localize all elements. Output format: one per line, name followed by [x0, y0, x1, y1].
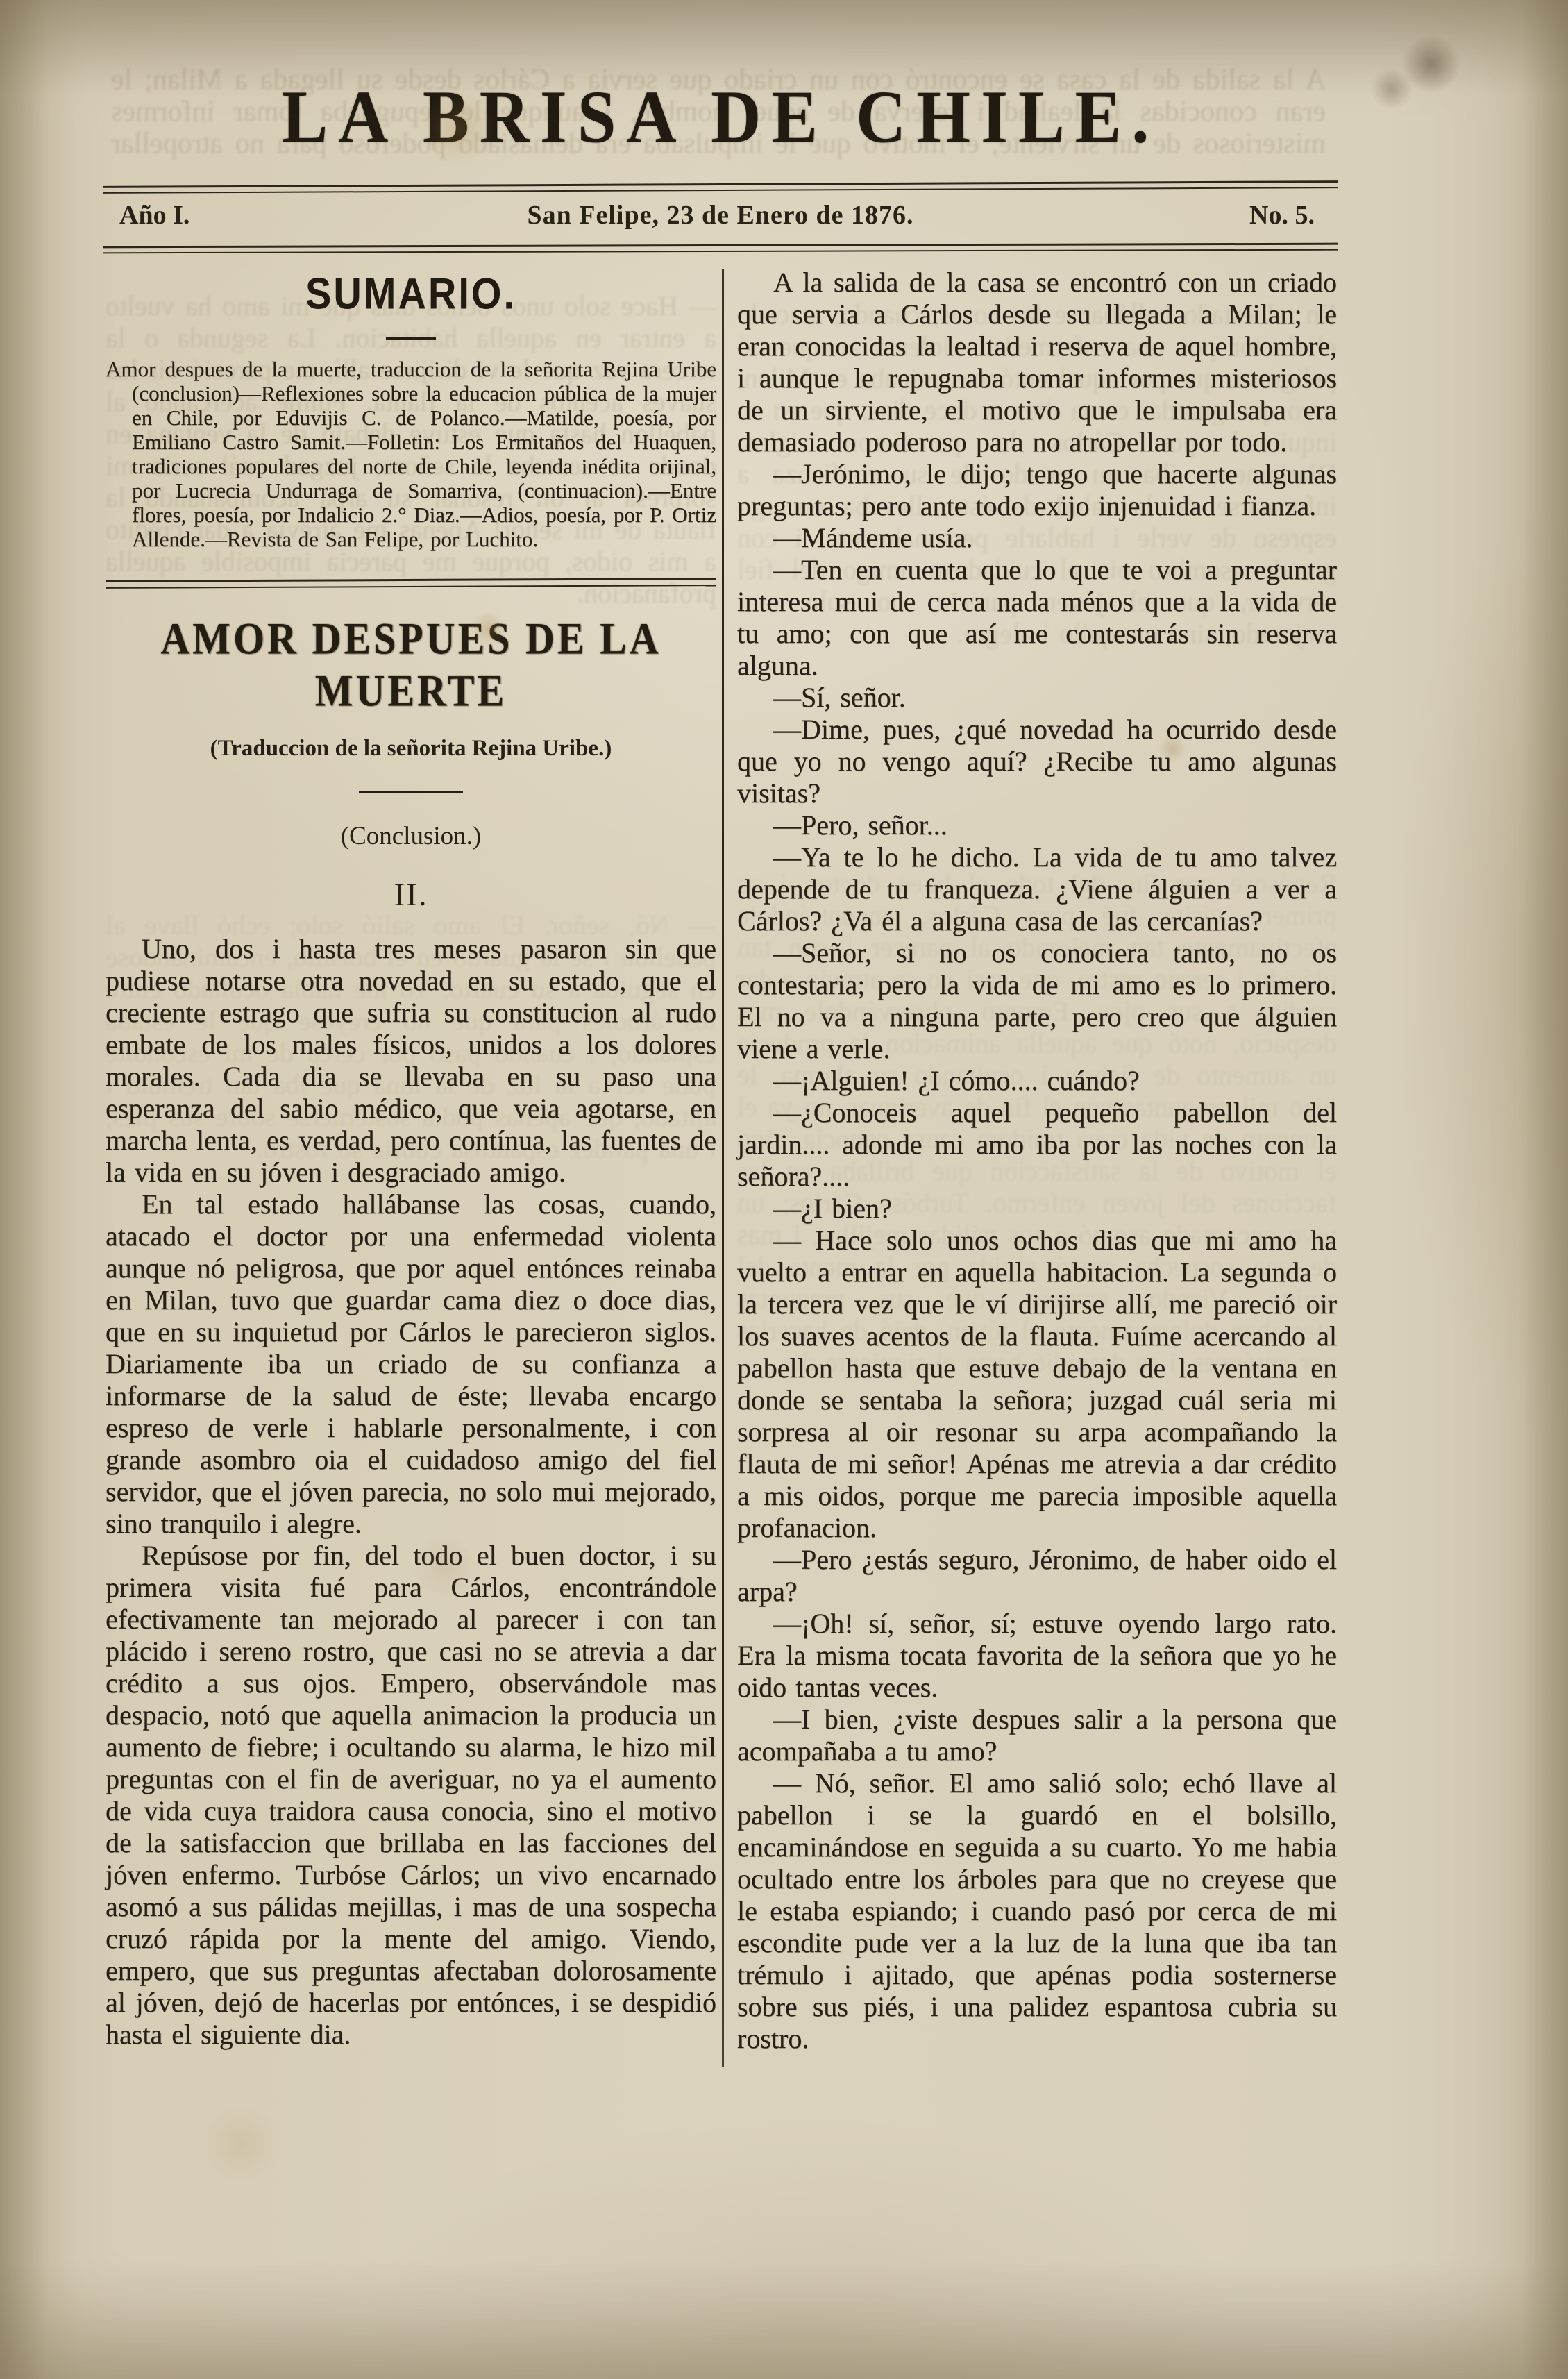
edition-year-label: Año I. [119, 200, 189, 230]
subtitle-dash-rule [359, 791, 463, 793]
article-paragraph: —¡Alguien! ¿I cómo.... cuándo? [737, 1065, 1337, 1097]
sumario-heading: SUMARIO. [106, 268, 716, 319]
article-paragraph: —Pero ¿estás seguro, Jéronimo, de haber … [737, 1544, 1337, 1608]
article-paragraph: —Pero, señor... [737, 809, 1337, 841]
header-double-rule-bottom [103, 243, 1338, 254]
article-body-right: A la salida de la casa se encontró con u… [737, 267, 1337, 2055]
right-column: A la salida de la casa se encontró con u… [737, 267, 1337, 2055]
sumario-text: Amor despues de la muerte, traduccion de… [106, 357, 716, 551]
article-paragraph: —Ya te lo he dicho. La vida de tu amo ta… [737, 841, 1337, 937]
article-paragraph: — Nó, señor. El amo salió solo; echó lla… [737, 1767, 1337, 2055]
sumario-dash-rule [386, 337, 436, 340]
article-paragraph: —Jerónimo, le dijo; tengo que hacerte al… [737, 458, 1337, 522]
article-paragraph: —¡Oh! sí, señor, sí; estuve oyendo largo… [737, 1608, 1337, 1704]
dateline: Año I. San Felipe, 23 de Enero de 1876. … [103, 200, 1338, 235]
left-column: SUMARIO. Amor despues de la muerte, trad… [106, 267, 716, 2051]
section-number: II. [106, 876, 716, 914]
article-title: AMOR DESPUES DE LA MUERTE [106, 612, 716, 716]
column-divider-rule [722, 269, 724, 2067]
page-header: LA BRISA DE CHILE. Año I. San Felipe, 23… [103, 61, 1338, 269]
article-subtitle: (Traduccion de la señorita Rejina Uribe.… [106, 736, 716, 762]
dateline-place-date: San Felipe, 23 de Enero de 1876. [528, 200, 914, 230]
article-separator-double-rule [106, 578, 716, 589]
article-body-left: Uno, dos i hasta tres meses pasaron sin … [106, 933, 716, 2051]
article-paragraph: —Mándeme usía. [737, 522, 1337, 554]
article-paragraph: — Hace solo unos ochos dias que mi amo h… [737, 1225, 1337, 1544]
article-paragraph: —¿I bien? [737, 1193, 1337, 1225]
article-paragraph: A la salida de la casa se encontró con u… [737, 267, 1337, 458]
masthead-title: LA BRISA DE CHILE. [103, 76, 1338, 159]
article-paragraph: Repúsose por fin, del todo el buen docto… [106, 1540, 716, 2051]
article-paragraph: —¿Conoceis aquel pequeño pabellon del ja… [737, 1097, 1337, 1193]
conclusion-label: (Conclusion.) [106, 821, 716, 851]
newspaper-page: A la salida de la casa se encontró con u… [0, 0, 1568, 2379]
article-paragraph: —Ten en cuenta que lo que te voi a pregu… [737, 554, 1337, 682]
article-paragraph: Uno, dos i hasta tres meses pasaron sin … [106, 933, 716, 1188]
issue-number-label: No. 5. [1249, 200, 1315, 230]
article-paragraph: —Sí, señor. [737, 682, 1337, 714]
article-paragraph: —I bien, ¿viste despues salir a la perso… [737, 1704, 1337, 1767]
article-paragraph: —Dime, pues, ¿qué novedad ha ocurrido de… [737, 714, 1337, 809]
article-paragraph: En tal estado hallábanse las cosas, cuan… [106, 1188, 716, 1540]
header-double-rule-top [103, 180, 1338, 194]
article-paragraph: —Señor, si no os conociera tanto, no os … [737, 937, 1337, 1065]
